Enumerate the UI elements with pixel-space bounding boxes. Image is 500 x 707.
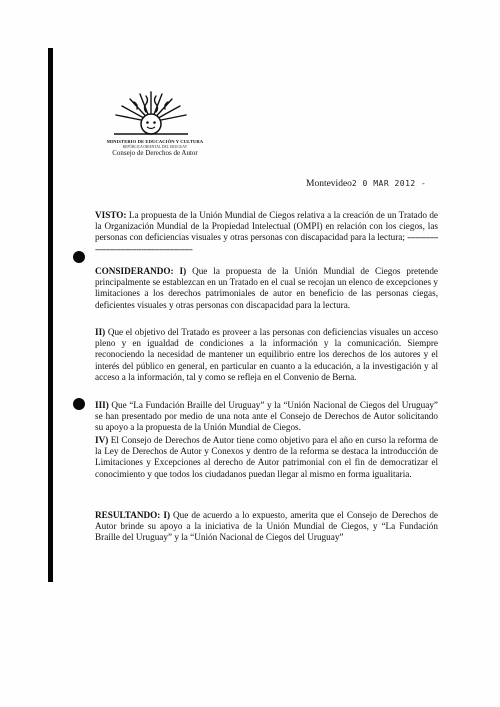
punch-hole-mark [73, 251, 85, 263]
office-name: Consejo de Derechos de Autor [100, 150, 210, 157]
considerando-heading: CONSIDERANDO: [95, 266, 174, 276]
letterhead: MINISTERIO DE EDUCACIÓN Y CULTURA REPÚBL… [100, 140, 210, 157]
resultando-paragraph: RESULTANDO: I) Que de acuerdo a lo expue… [95, 510, 438, 544]
considerando-iii-paragraph: III) Que “La Fundación Braille del Urugu… [95, 400, 438, 434]
date-place: Montevideo [306, 179, 352, 189]
visto-paragraph: VISTO: La propuesta de la Unión Mundial … [95, 210, 438, 255]
item-number: II) [95, 327, 105, 337]
punch-hole-mark [73, 398, 85, 410]
item-number: I) [180, 266, 187, 276]
scanned-document-page: MINISTERIO DE EDUCACIÓN Y CULTURA REPÚBL… [0, 0, 500, 707]
item-text: Que “La Fundación Braille del Uruguay” y… [95, 400, 438, 432]
date-line: Montevideo2 0 MAR 2012 - [306, 179, 426, 189]
item-number: III) [95, 400, 109, 410]
ministry-name: MINISTERIO DE EDUCACIÓN Y CULTURA [100, 140, 210, 145]
considerando-iv-paragraph: IV) El Consejo de Derechos de Autor tien… [95, 435, 438, 480]
item-text: Que el objetivo del Tratado es proveer a… [95, 327, 438, 382]
resultando-heading: RESULTANDO: [95, 510, 160, 520]
date-stamp: 2 0 MAR 2012 - [352, 179, 426, 188]
item-text: El Consejo de Derechos de Autor tiene co… [95, 435, 438, 479]
visto-heading: VISTO: [95, 210, 127, 220]
item-number: I) [163, 510, 170, 520]
considerando-ii-paragraph: II) Que el objetivo del Tratado es prove… [95, 327, 438, 383]
scan-edge-line [48, 48, 53, 582]
visto-text: La propuesta de la Unión Mundial de Cieg… [95, 210, 438, 242]
considerando-i-paragraph: CONSIDERANDO: I) Que la propuesta de la … [95, 266, 438, 311]
item-number: IV) [95, 435, 108, 445]
sun-emblem-icon [96, 88, 206, 136]
